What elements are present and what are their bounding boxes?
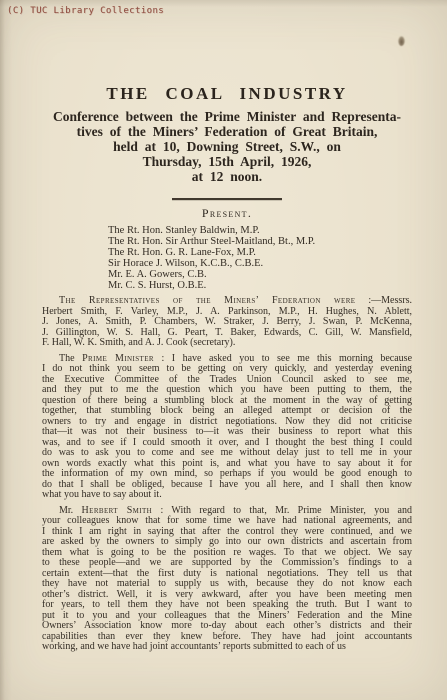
subtitle-line: tives of the Miners’ Federation of Great… [42, 124, 412, 139]
page-content: THE COAL INDUSTRY Conference between the… [42, 0, 412, 653]
text-line: working, and we have had joint accountan… [42, 642, 412, 653]
attendee-line: Mr. E. A. Gowers, C.B. [108, 270, 412, 281]
paragraph-representatives: The Representatives of the Miners’ Feder… [42, 296, 412, 349]
attendee-line: Sir Horace J. Wilson, K.C.B., C.B.E. [108, 259, 412, 270]
paragraph-herbert-smith: Mr. Herbert Smith : With regard to that,… [42, 506, 412, 653]
speaker-name: Prime Minister [82, 353, 154, 364]
scanned-document-page: { "watermark": "(C) TUC Library Collecti… [0, 0, 447, 700]
present-heading: Present. [42, 207, 412, 219]
text-line: F. Hall, W. K. Smith, and A. J. Cook (se… [42, 338, 412, 349]
speaker-intro: Mr. [59, 505, 82, 516]
section-rule [172, 198, 282, 200]
subtitle-line: at 12 noon. [42, 169, 412, 184]
speaker-intro: The [59, 353, 82, 364]
paragraph-prime-minister: The Prime Minister : I have asked you to… [42, 354, 412, 501]
representatives-lead: The Representatives of the Miners’ Feder… [59, 295, 355, 306]
subtitle-line: held at 10, Downing Street, S.W., on [42, 139, 412, 154]
subtitle-line: Conference between the Prime Minister an… [42, 109, 412, 124]
attendee-list: The Rt. Hon. Stanley Baldwin, M.P. The R… [108, 226, 412, 291]
representatives-rest: :—Messrs. [355, 295, 412, 306]
subtitle: Conference between the Prime Minister an… [42, 109, 412, 184]
speech-start: : I have asked you to see me this mornin… [154, 353, 412, 364]
speech-start: : With regard to that, Mr. Prime Ministe… [152, 505, 412, 516]
attendee-line: Mr. C. S. Hurst, O.B.E. [108, 281, 412, 292]
subtitle-line: Thursday, 15th April, 1926, [42, 154, 412, 169]
page-title: THE COAL INDUSTRY [42, 84, 412, 104]
text-line: what you have to say about it. [42, 490, 412, 501]
speaker-name: Herbert Smith [82, 505, 153, 516]
